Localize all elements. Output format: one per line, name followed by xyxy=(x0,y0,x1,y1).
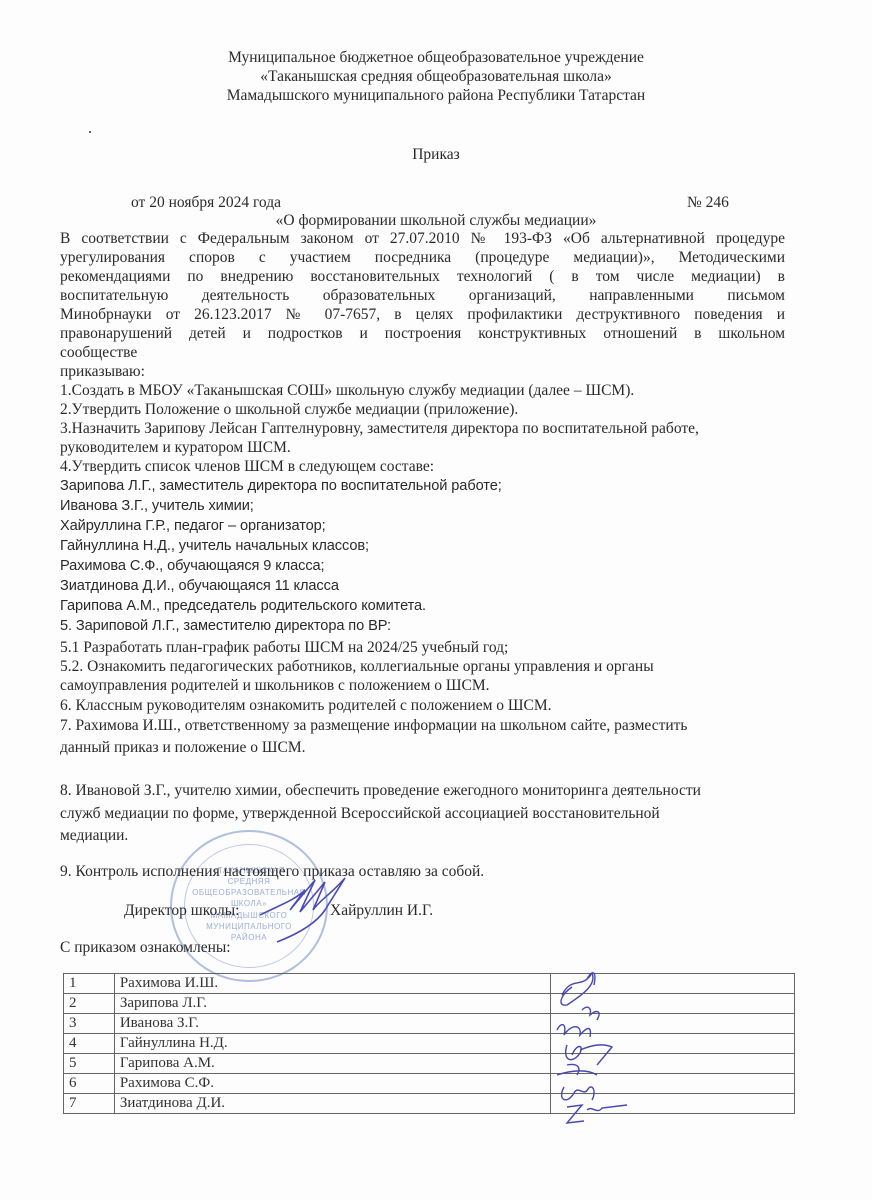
order-word: приказываю: xyxy=(60,362,145,381)
item-7-line-2: данный приказ и положение о ШСМ. xyxy=(60,738,306,757)
item-7-line-1: 7. Рахимова И.Ш., ответственному за разм… xyxy=(60,716,688,735)
item-2: 2.Утвердить Положение о школьной службе … xyxy=(60,400,518,419)
row-name: Гарипова А.М. xyxy=(114,1054,550,1074)
document-type-title: Приказ xyxy=(0,145,872,164)
item-4: 4.Утвердить список членов ШСМ в следующе… xyxy=(60,457,434,476)
row-number: 2 xyxy=(64,994,115,1014)
row-name: Гайнуллина Н.Д. xyxy=(114,1034,550,1054)
item-6: 6. Классным руководителям ознакомить род… xyxy=(60,696,552,715)
preamble-line: В соответствии с Федеральным законом от … xyxy=(60,229,785,248)
order-date: от 20 ноября 2024 года xyxy=(131,193,281,212)
director-name: Хайруллин И.Г. xyxy=(330,901,433,920)
item-8-line-1: 8. Ивановой З.Г., учителю химии, обеспеч… xyxy=(60,781,701,800)
item-8-line-3: медиации. xyxy=(60,826,128,845)
scan-speck xyxy=(89,131,91,133)
row-name: Рахимова И.Ш. xyxy=(114,974,550,994)
member-item: Хайруллина Г.Р., педагог – организатор; xyxy=(60,517,326,536)
item-5-2-line-1: 5.2. Ознакомить педагогических работнико… xyxy=(60,657,654,676)
handwritten-signatures-icon xyxy=(552,965,632,1125)
row-number: 6 xyxy=(64,1074,115,1094)
member-item: Зарипова Л.Г., заместитель директора по … xyxy=(60,477,502,496)
acknowledgement-label: С приказом ознакомлены: xyxy=(60,938,231,957)
row-name: Зиатдинова Д.И. xyxy=(114,1094,550,1114)
row-number: 7 xyxy=(64,1094,115,1114)
item-3-line-2: руководителем и куратором ШСМ. xyxy=(60,438,291,457)
table-row: 3 Иванова З.Г. xyxy=(64,1014,795,1034)
row-name: Иванова З.Г. xyxy=(114,1014,550,1034)
preamble-line: сообществе xyxy=(60,343,785,362)
preamble-line: Минобрнауки от 26.123.2017 № 07-7657, в … xyxy=(60,305,785,324)
table-row: 7 Зиатдинова Д.И. xyxy=(64,1094,795,1114)
row-number: 5 xyxy=(64,1054,115,1074)
row-name: Зарипова Л.Г. xyxy=(114,994,550,1014)
member-item: Гайнуллина Н.Д., учитель начальных класс… xyxy=(60,537,369,556)
document-page: Муниципальное бюджетное общеобразователь… xyxy=(0,0,872,1200)
member-item: Рахимова С.Ф., обучающаяся 9 класса; xyxy=(60,557,325,576)
item-5-1: 5.1 Разработать план-график работы ШСМ н… xyxy=(60,638,508,657)
item-5-2-line-2: самоуправления родителей и школьников с … xyxy=(60,676,490,695)
member-item: Гарипова А.М., председатель родительског… xyxy=(60,597,426,616)
table-row: 1 Рахимова И.Ш. xyxy=(64,974,795,994)
row-name: Рахимова С.Ф. xyxy=(114,1074,550,1094)
order-subject: «О формировании школьной службы медиации… xyxy=(0,211,872,230)
item-3-line-1: 3.Назначить Зарипову Лейсан Гаптелнуровн… xyxy=(60,419,699,438)
table-row: 6 Рахимова С.Ф. xyxy=(64,1074,795,1094)
member-item: Иванова З.Г., учитель химии; xyxy=(60,497,254,516)
row-number: 4 xyxy=(64,1034,115,1054)
table-row: 4 Гайнуллина Н.Д. xyxy=(64,1034,795,1054)
acknowledgement-table: 1 Рахимова И.Ш. 2 Зарипова Л.Г. 3 Иванов… xyxy=(63,973,795,1114)
row-number: 1 xyxy=(64,974,115,994)
org-name-line-2: «Таканышская средняя общеобразовательная… xyxy=(0,67,872,86)
order-number: № 246 xyxy=(687,193,729,212)
director-title: Директор школы: xyxy=(124,901,239,920)
preamble-line: рекомендациями по внедрению восстановите… xyxy=(60,267,785,286)
table-row: 2 Зарипова Л.Г. xyxy=(64,994,795,1014)
member-item: Зиатдинова Д.И., обучающаяся 11 класса xyxy=(60,577,339,596)
preamble-line: воспитательную деятельность образователь… xyxy=(60,286,785,305)
org-name-line-3: Мамадышского муниципального района Респу… xyxy=(0,86,872,105)
item-8-line-2: служб медиации по форме, утвержденной Вс… xyxy=(60,804,660,823)
table-row: 5 Гарипова А.М. xyxy=(64,1054,795,1074)
preamble-line: урегулирования споров с участием посредн… xyxy=(60,248,785,267)
row-number: 3 xyxy=(64,1014,115,1034)
item-5: 5. Зариповой Л.Г., заместителю директора… xyxy=(60,617,391,636)
preamble-line: правонарушений детей и подростков и пост… xyxy=(60,324,785,343)
item-1: 1.Создать в МБОУ «Таканышская СОШ» школь… xyxy=(60,381,634,400)
org-name-line-1: Муниципальное бюджетное общеобразователь… xyxy=(0,48,872,67)
